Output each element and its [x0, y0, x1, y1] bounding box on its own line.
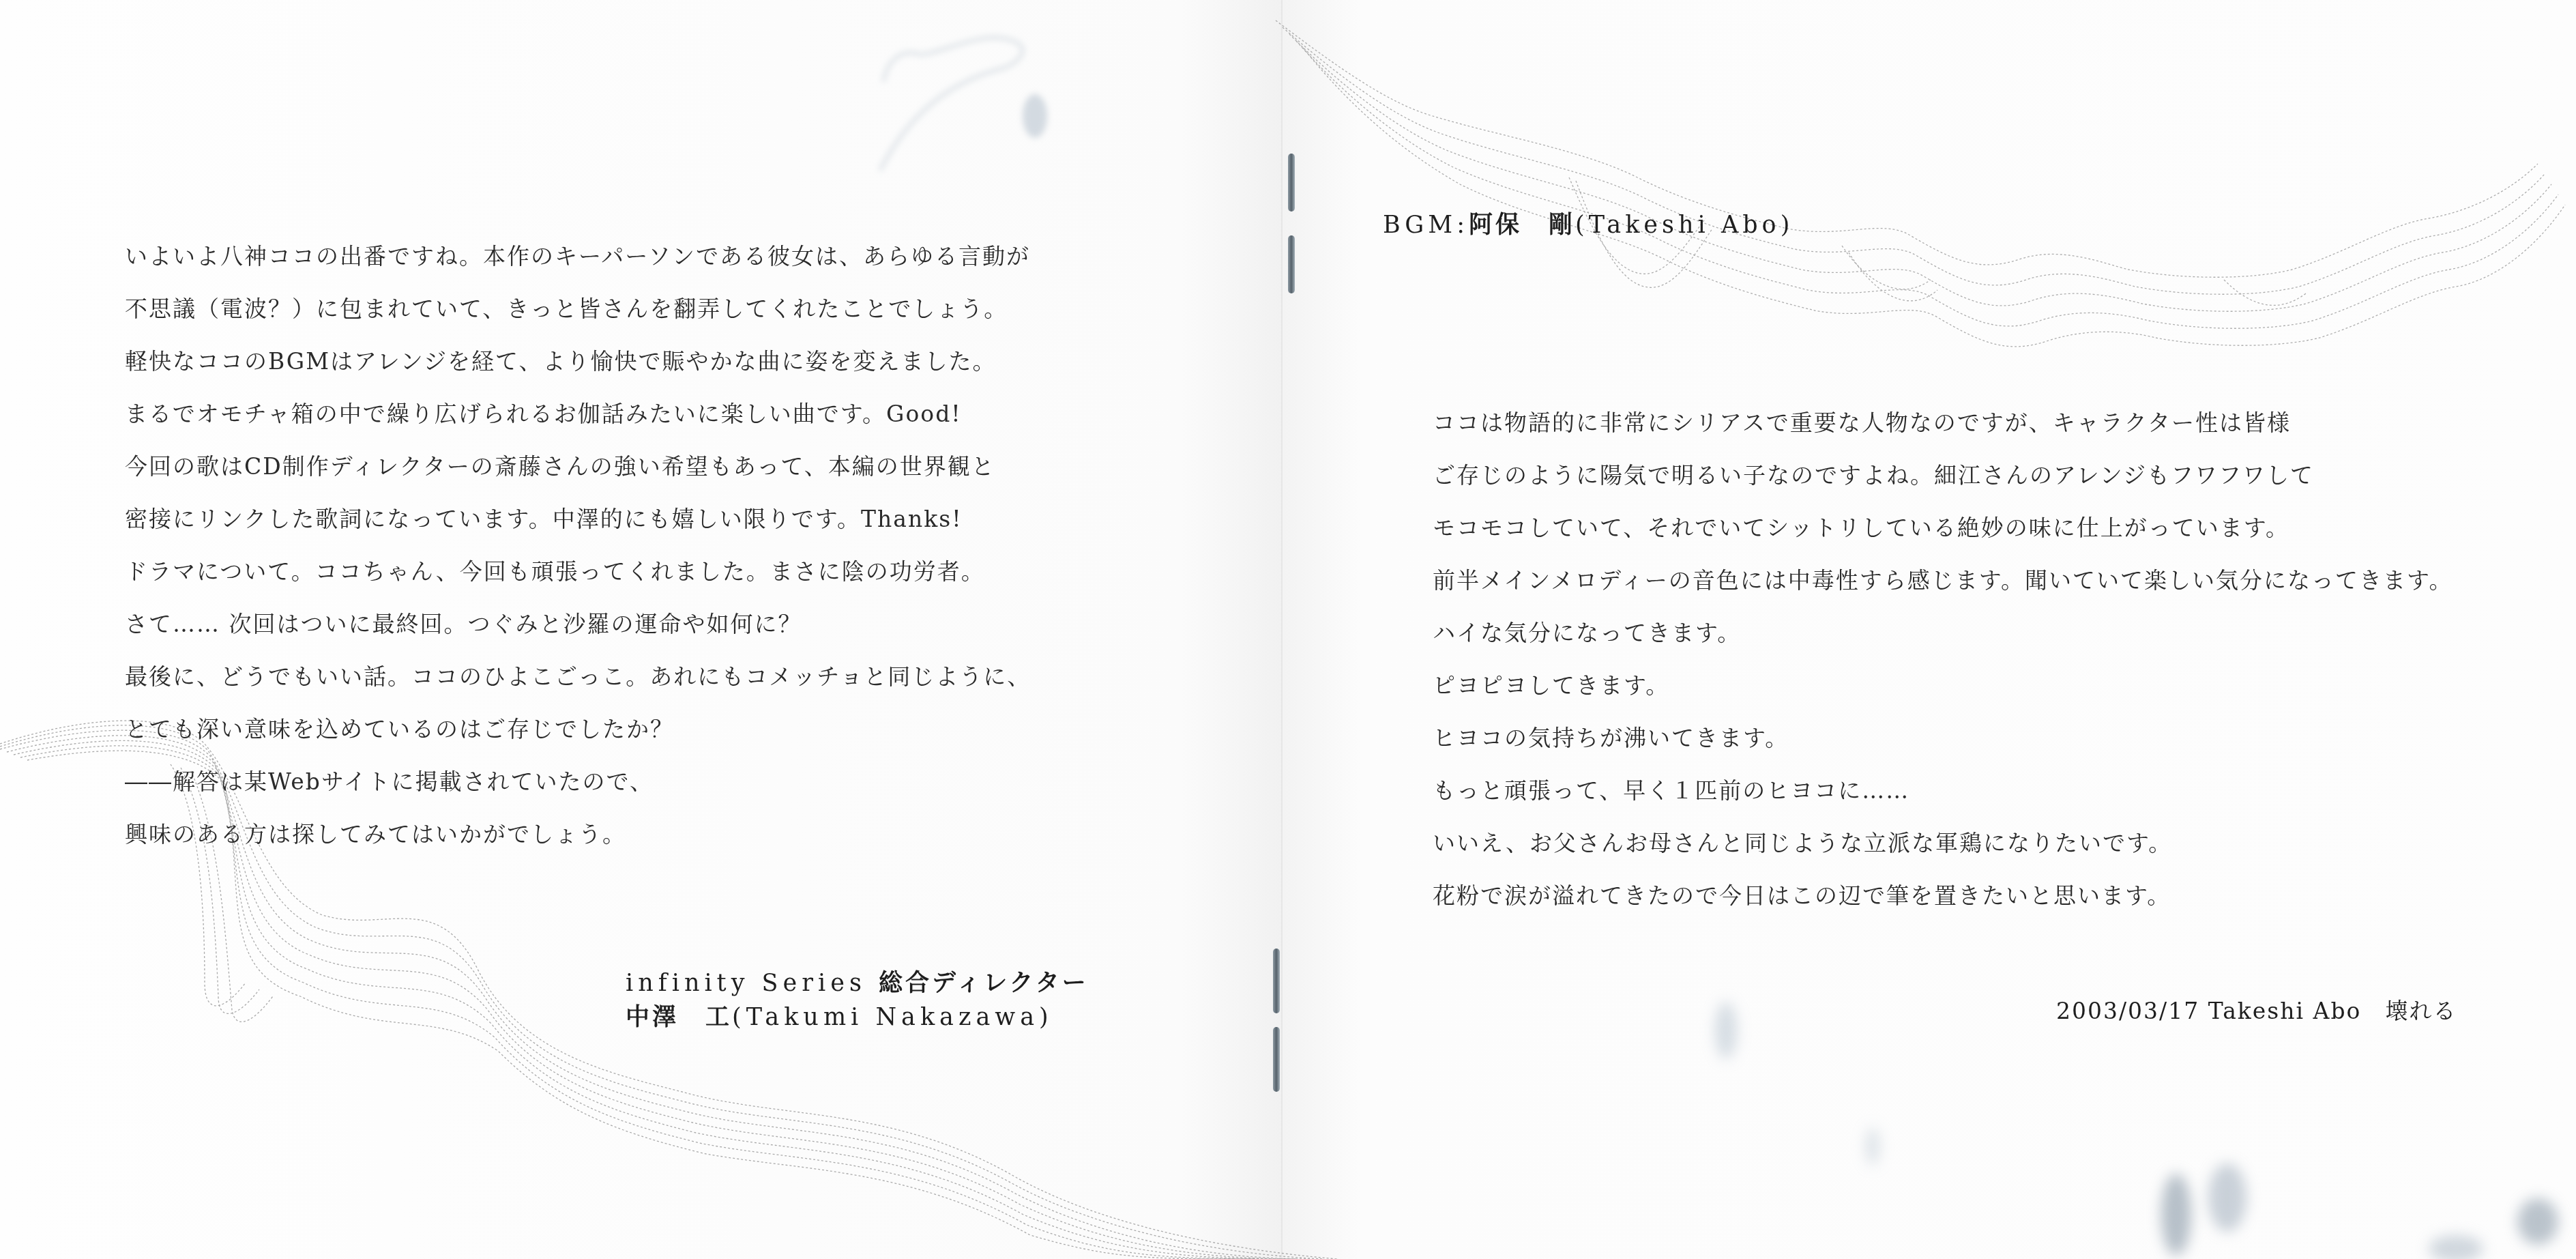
message-line: ピヨピヨしてきます。: [1433, 668, 1669, 700]
message-line: いいえ、お父さんお母さんと同じような立派な軍鶏になりたいです。: [1433, 826, 2172, 858]
staple-top-upper: [1288, 154, 1295, 212]
spine-fold: [1281, 0, 1283, 1259]
message-line: 前半メインメロディーの音色には中毒性すら感じます。聞いていて楽しい気分になってき…: [1433, 563, 2453, 595]
message-line: 花粉で涙が溢れてきたので今日はこの辺で筆を置きたいと思います。: [1433, 878, 2171, 910]
name-romaji: (Takumi Nakazawa): [732, 1004, 1053, 1031]
message-line: いよいよ八神ココの出番ですね。本作のキーパーソンである彼女は、あらゆる言動が: [125, 239, 1030, 271]
composer-name-jp: 阿保 剛: [1469, 211, 1575, 239]
message-line: 軽快なココのBGMはアレンジを経て、より愉快で賑やかな曲に姿を変えました。: [125, 344, 996, 376]
message-line: ドラマについて。ココちゃん、今回も頑張ってくれました。まさに陰の功労者。: [125, 554, 985, 586]
message-line: まるでオモチャ箱の中で繰り広げられるお伽話みたいに楽しい曲です。Good!: [125, 396, 962, 429]
message-line: ハイな気分になってきます。: [1433, 616, 1741, 648]
message-line: 最後に、どうでもいい話。ココのひよこごっこ。あれにもコメッチョと同じように、: [125, 659, 1031, 691]
message-line: ヒヨコの気持ちが沸いてきます。: [1433, 721, 1789, 753]
message-line: とても深い意味を込めているのはご存じでしたか？: [125, 712, 674, 744]
series-name: infinity Series: [626, 970, 879, 997]
message-line: もっと頑張って、早く１匹前のヒヨコに……: [1433, 773, 1909, 805]
staple-bottom-upper: [1273, 949, 1280, 1013]
director-signature-role: infinity Series 総合ディレクター: [626, 964, 1089, 998]
message-line: 今回の歌はCD制作ディレクターの斎藤さんの強い希望もあって、本編の世界観と: [125, 449, 995, 481]
staple-top-lower: [1288, 235, 1295, 293]
message-line: ご存じのように陽気で明るい子なのですよね。細江さんのアレンジもフワフワして: [1433, 458, 2314, 490]
booklet-spread: いよいよ八神ココの出番ですね。本作のキーパーソンである彼女は、あらゆる言動が 不…: [0, 0, 2576, 1259]
message-line: 不思議（電波？）に包まれていて、きっと皆さんを翻弄してくれたことでしょう。: [125, 291, 1008, 323]
message-line: ――解答は某Webサイトに掲載されていたので、: [125, 764, 654, 796]
message-line: 興味のある方は探してみてはいかがでしょう。: [125, 817, 626, 849]
name-jp: 中澤 工: [626, 1003, 732, 1031]
bgm-credit-heading: BGM:阿保 剛(Takeshi Abo): [1383, 206, 1794, 240]
composer-name-romaji: (Takeshi Abo): [1575, 212, 1794, 239]
bgm-label: BGM:: [1383, 212, 1469, 239]
message-line: さて…… 次回はついに最終回。つぐみと沙羅の運命や如何に？: [125, 607, 802, 639]
staple-bottom-lower: [1273, 1027, 1280, 1092]
message-line: モコモコしていて、それでいてシットリしている絶妙の味に仕上がっています。: [1433, 510, 2289, 542]
message-line: 密接にリンクした歌詞になっています。中澤的にも嬉しい限りです。Thanks!: [125, 502, 962, 534]
director-signature-name: 中澤 工(Takumi Nakazawa): [626, 998, 1053, 1032]
composer-sign-off: 2003/03/17 Takeshi Abo 壊れる: [2056, 994, 2457, 1026]
message-line: ココは物語的に非常にシリアスで重要な人物なのですが、キャラクター性は皆様: [1433, 405, 2291, 437]
role-title: 総合ディレクター: [879, 969, 1089, 997]
